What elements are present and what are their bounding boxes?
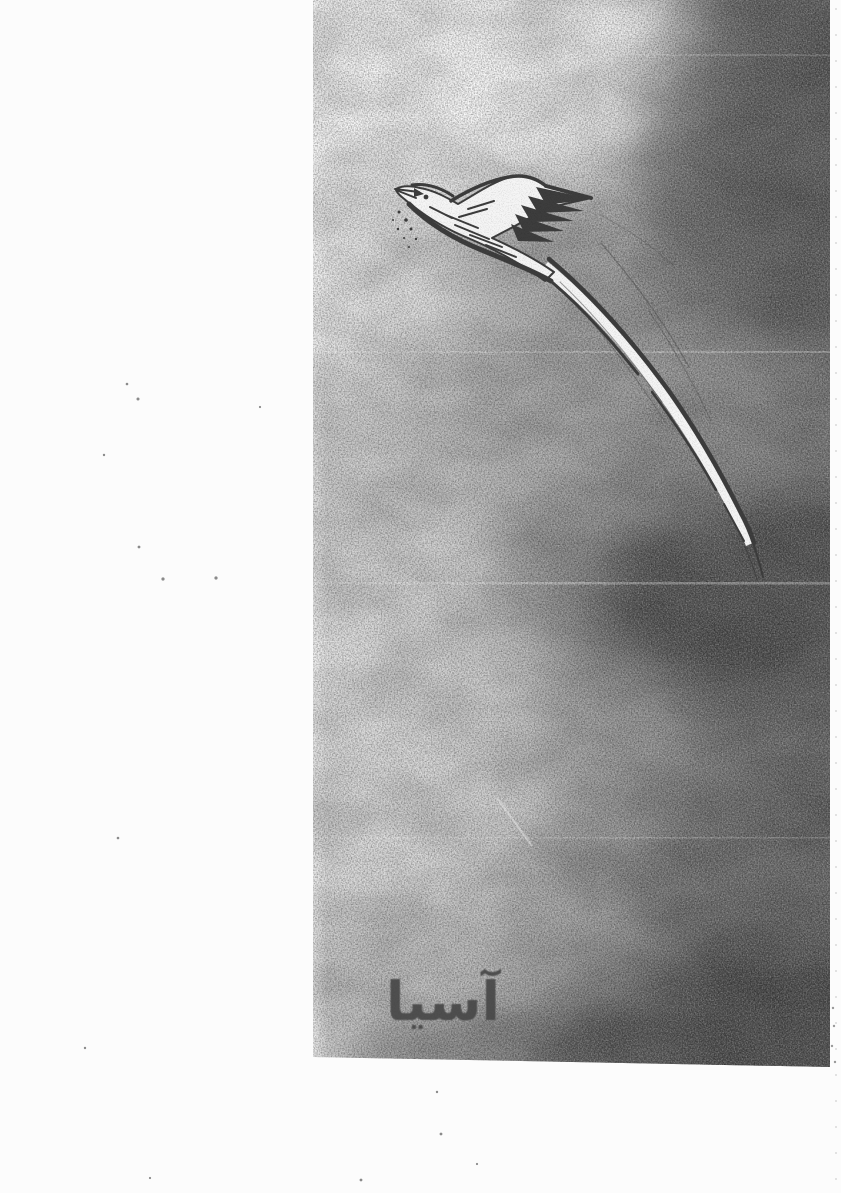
right-margin-dot-column [831, 8, 836, 1188]
scanned-page: آسيا [0, 0, 841, 1193]
grain-overlay [313, 0, 830, 1067]
scan-region [240, 0, 841, 1120]
page-title: آسيا [378, 972, 508, 1031]
